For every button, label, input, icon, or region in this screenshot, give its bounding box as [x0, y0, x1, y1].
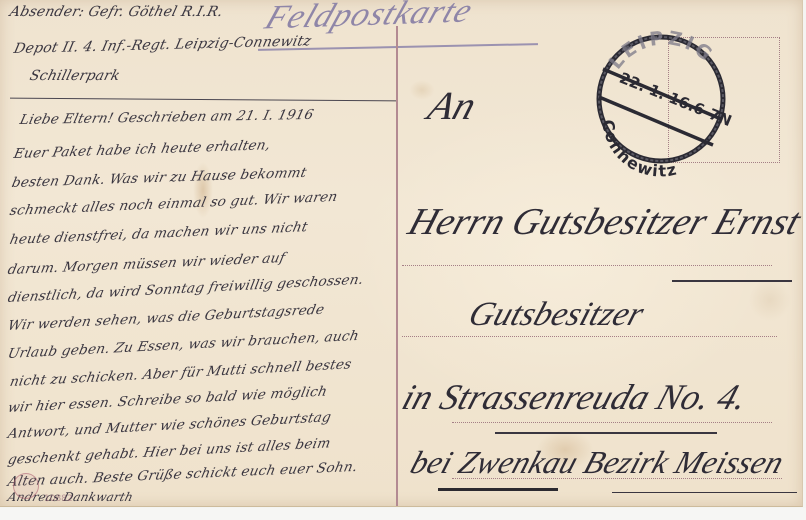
sender-line-3: Schillerpark: [28, 68, 122, 84]
sender-line-2: Depot II. 4. Inf.-Regt. Leipzig-Connewit…: [12, 33, 313, 57]
message-line-8: Wir werden sehen, was die Geburtstagsred…: [6, 302, 325, 334]
message-line-3: besten Dank. Was wir zu Hause bekommt: [10, 165, 308, 191]
message-line-4: schmeckt alles noch einmal so gut. Wir w…: [8, 189, 339, 219]
sender-divider-rule: [10, 98, 398, 102]
address-dotted-line-2: [402, 336, 777, 337]
seal-stamp: [13, 473, 39, 499]
message-line-1: Liebe Eltern! Geschrieben am 21. I. 1916: [18, 107, 315, 128]
feldpostkarte-pencil-label: Feldpostkarte: [260, 0, 479, 38]
message-line-2: Euer Paket habe ich heute erhalten,: [12, 137, 272, 162]
place-underline: [495, 432, 717, 434]
address-line-district: bei Zwenkau Bezirk Meissen: [406, 444, 788, 481]
scan-margin: [0, 508, 806, 520]
address-dotted-line-1: [402, 265, 772, 266]
vertical-divider: [396, 26, 398, 506]
address-line-place: in Strassenreuda No. 4.: [397, 376, 753, 418]
message-line-7: dienstlich, da wird Sonntag freiwillig g…: [6, 272, 364, 306]
address-line-occupation: Gutsbesitzer: [464, 296, 649, 334]
sender-line-1: Absender: Gefr. Göthel R.I.R.: [8, 4, 225, 20]
postcard: Feldpostkarte Absender: Gefr. Göthel R.I…: [0, 0, 803, 507]
seal-number: 10882: [44, 494, 73, 504]
address-dotted-line-4: [452, 478, 782, 479]
address-line-recipient: Herrn Gutsbesitzer Ernst Göthel: [403, 200, 806, 244]
message-line-5: heute dienstfrei, da machen wir uns nich…: [8, 219, 309, 248]
address-an: An: [422, 82, 482, 129]
message-line-6: darum. Morgen müssen wir wieder auf: [6, 250, 286, 278]
postmark-icon: LEIPZIG 22. 1. 16.6-7N Connewitz: [581, 19, 741, 179]
region-underline: [612, 492, 797, 493]
district-underline: [438, 488, 558, 491]
message-line-9: Urlaub geben. Zu Essen, was wir brauchen…: [6, 328, 360, 362]
address-dotted-line-3: [452, 422, 772, 423]
recipient-underline: [672, 280, 792, 282]
